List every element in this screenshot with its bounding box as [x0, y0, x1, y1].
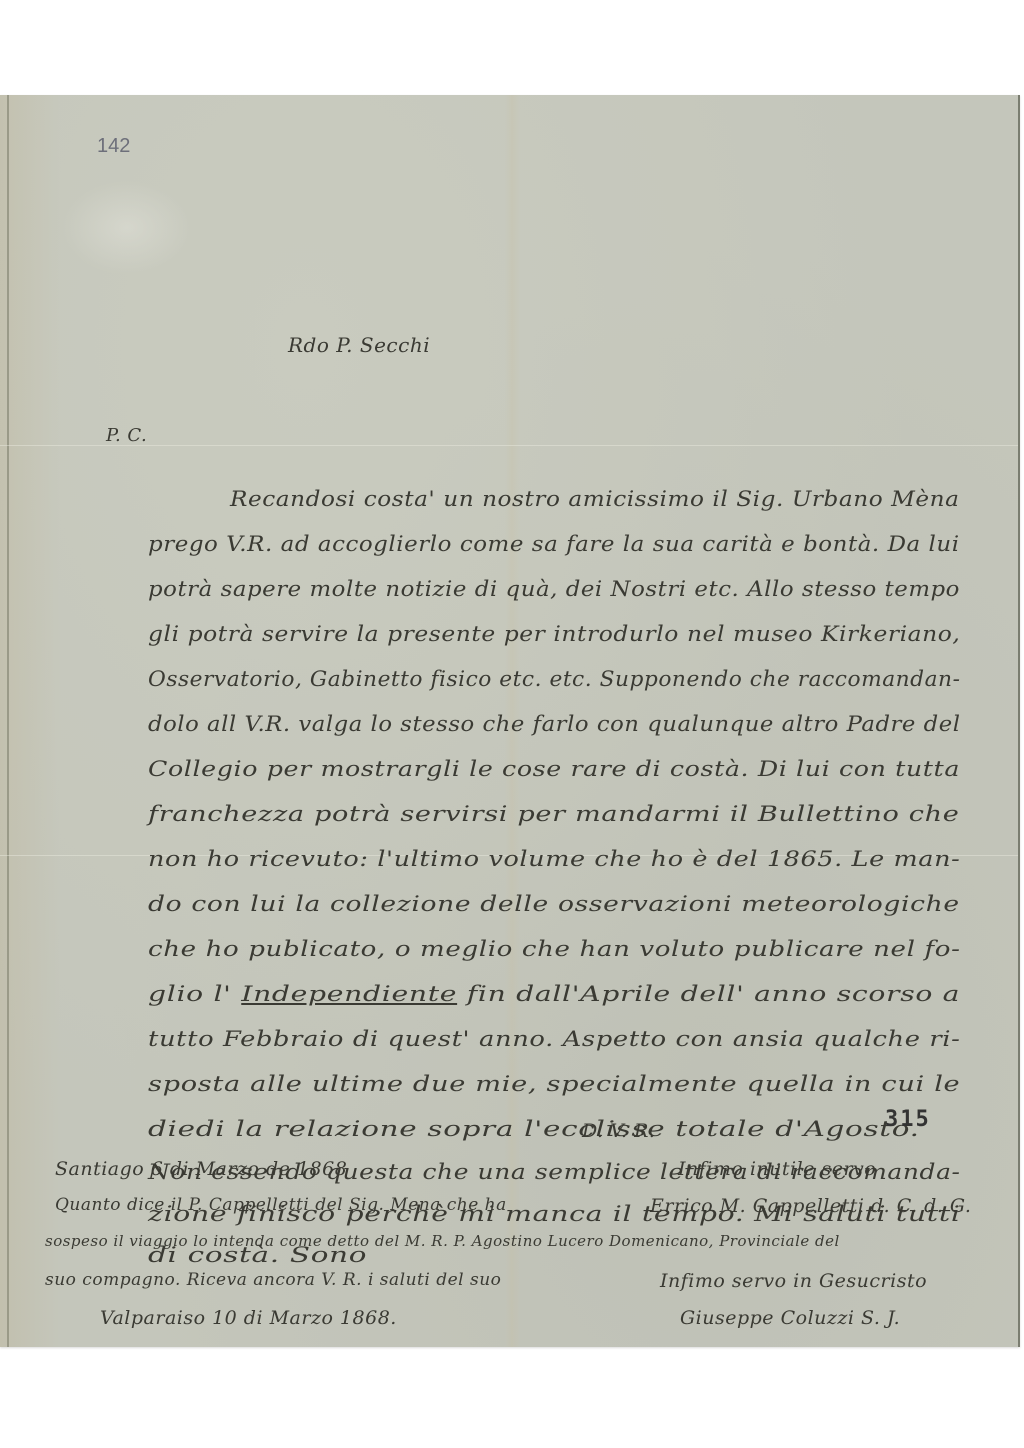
postscript-signature: Giuseppe Coluzzi S. J. [680, 1307, 900, 1329]
body-line: tutto Febbraio di quest' anno. Aspetto c… [148, 1027, 960, 1051]
salutation: Rdo P. Secchi [288, 333, 430, 357]
body-line: gli potrà servire la presente per introd… [148, 622, 960, 646]
body-line: dolo all V.R. valga lo stesso che farlo … [148, 712, 961, 736]
letter-page: 142 Rdo P. Secchi P. C. Recandosi costa'… [0, 95, 1020, 1347]
archive-stamp-number: 315 [885, 1107, 931, 1132]
postscript-line: sospeso il viaggio lo intenda come detto… [45, 1232, 840, 1250]
body-line: diedi la relazione sopra l'ecclisse tota… [148, 1117, 920, 1141]
postscript-closing: Infimo servo in Gesucristo [660, 1270, 927, 1292]
embossed-seal [62, 180, 192, 275]
body-line: Osservatorio, Gabinetto fisico etc. etc.… [148, 667, 960, 691]
closing-abbrev: D. V. R. [582, 1120, 655, 1142]
page-edge-line [7, 95, 9, 1347]
body-line: potrà sapere molte notizie di quà, dei N… [148, 577, 960, 601]
opening-pc: P. C. [106, 425, 147, 446]
underlined-newspaper-name: Independiente [241, 982, 457, 1006]
place-date: Santiago 6 di Marzo de 1868 [55, 1158, 347, 1180]
closing-servant: Infimo inutile servo [678, 1158, 876, 1180]
fold-crease [0, 445, 1018, 446]
body-line: non ho ricevuto: l'ultimo volume che ho … [148, 847, 960, 871]
body-line: franchezza potrà servirsi per mandarmi i… [148, 802, 959, 826]
postscript-place-date: Valparaiso 10 di Marzo 1868. [100, 1307, 397, 1329]
postscript-line: suo compagno. Riceva ancora V. R. i salu… [45, 1270, 501, 1290]
body-line: do con lui la collezione delle osservazi… [148, 892, 960, 916]
body-line: Collegio per mostrargli le cose rare di … [148, 757, 960, 781]
body-line-independiente: glio l' Independiente fin dall'Aprile de… [148, 982, 960, 1006]
body-line: prego V.R. ad accoglierlo come sa fare l… [148, 532, 960, 556]
postscript-line: Quanto dice il P. Cappelletti del Sig. M… [55, 1195, 507, 1215]
archive-number: 142 [97, 135, 130, 158]
body-line: sposta alle ultime due mie, specialmente… [148, 1072, 960, 1096]
signature: Errico M. Cappelletti d. C. d. G. [650, 1195, 971, 1217]
body-line: Recandosi costa' un nostro amicissimo il… [230, 487, 959, 511]
body-line: che ho publicato, o meglio che han volut… [148, 937, 961, 961]
